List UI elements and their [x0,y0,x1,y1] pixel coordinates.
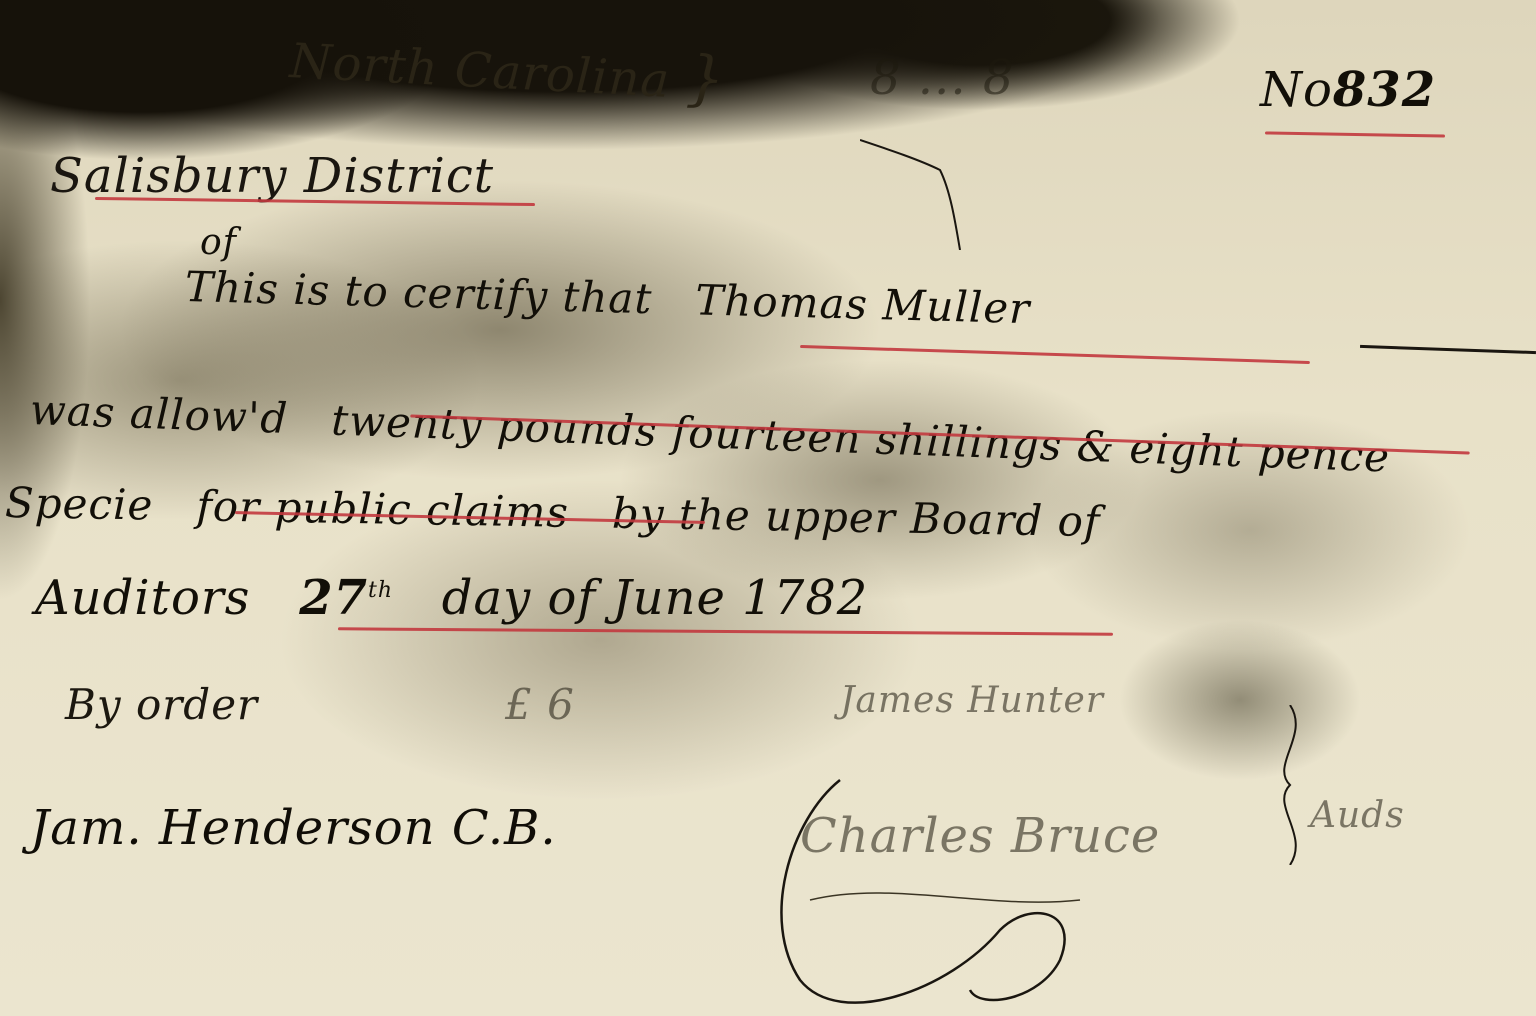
line-of: of [200,222,237,263]
date-ordinal: th [368,578,393,603]
auditor-signature-1: James Hunter [840,680,1104,721]
state-heading: North Carolina } [288,22,727,115]
payee-name: Thomas Muller [695,275,1031,333]
number-value: 832 [1333,62,1436,118]
paper-crack [860,130,980,250]
underline-name [800,345,1310,364]
date-rest: day of June 1782 [442,570,869,626]
scanned-voucher-document: North Carolina } 8 ... 8 No832 Salisbury… [0,0,1536,1016]
amount-mark: £ 6 [505,680,575,729]
header-bracket-note: 8 ... 8 [870,50,1014,106]
state-name: North Carolina [288,33,671,109]
underline-date [338,627,1113,635]
board-text: by the upper Board of [612,489,1101,547]
voucher-number: No832 [1260,62,1436,118]
date-day: 27 [299,570,368,626]
by-order-text: By order [65,680,258,729]
allowed-text: was allow'd [29,385,289,443]
district-heading: Salisbury District [50,148,494,204]
auditors-role: Auds [1310,795,1405,836]
margin-stroke [1360,345,1536,354]
specie-text: Specie [5,478,154,530]
body-line-2: was allow'd twenty pounds fourteen shill… [29,385,1391,481]
auditor-signature-2: Charles Bruce [800,808,1160,864]
certify-text: This is to certify that [184,262,653,323]
brace-mark: } [685,43,728,115]
auditors-text: Auditors [35,570,250,626]
body-line-1: This is to certify that Thomas Muller [184,262,1031,333]
underline-number [1265,131,1445,137]
amount-text: twenty pounds fourteen shillings & eight… [330,396,1390,482]
signature-flourish [750,760,1170,1016]
brace-mark-signatures [1270,705,1310,865]
body-line-3: Specie for public claims by the upper Bo… [5,478,1101,546]
body-line-4: Auditors 27th day of June 1782 [35,570,868,626]
clerk-signature: Jam. Henderson C.B. [30,800,557,856]
number-label: No [1260,62,1333,118]
purpose-text: for public claims [196,481,569,536]
